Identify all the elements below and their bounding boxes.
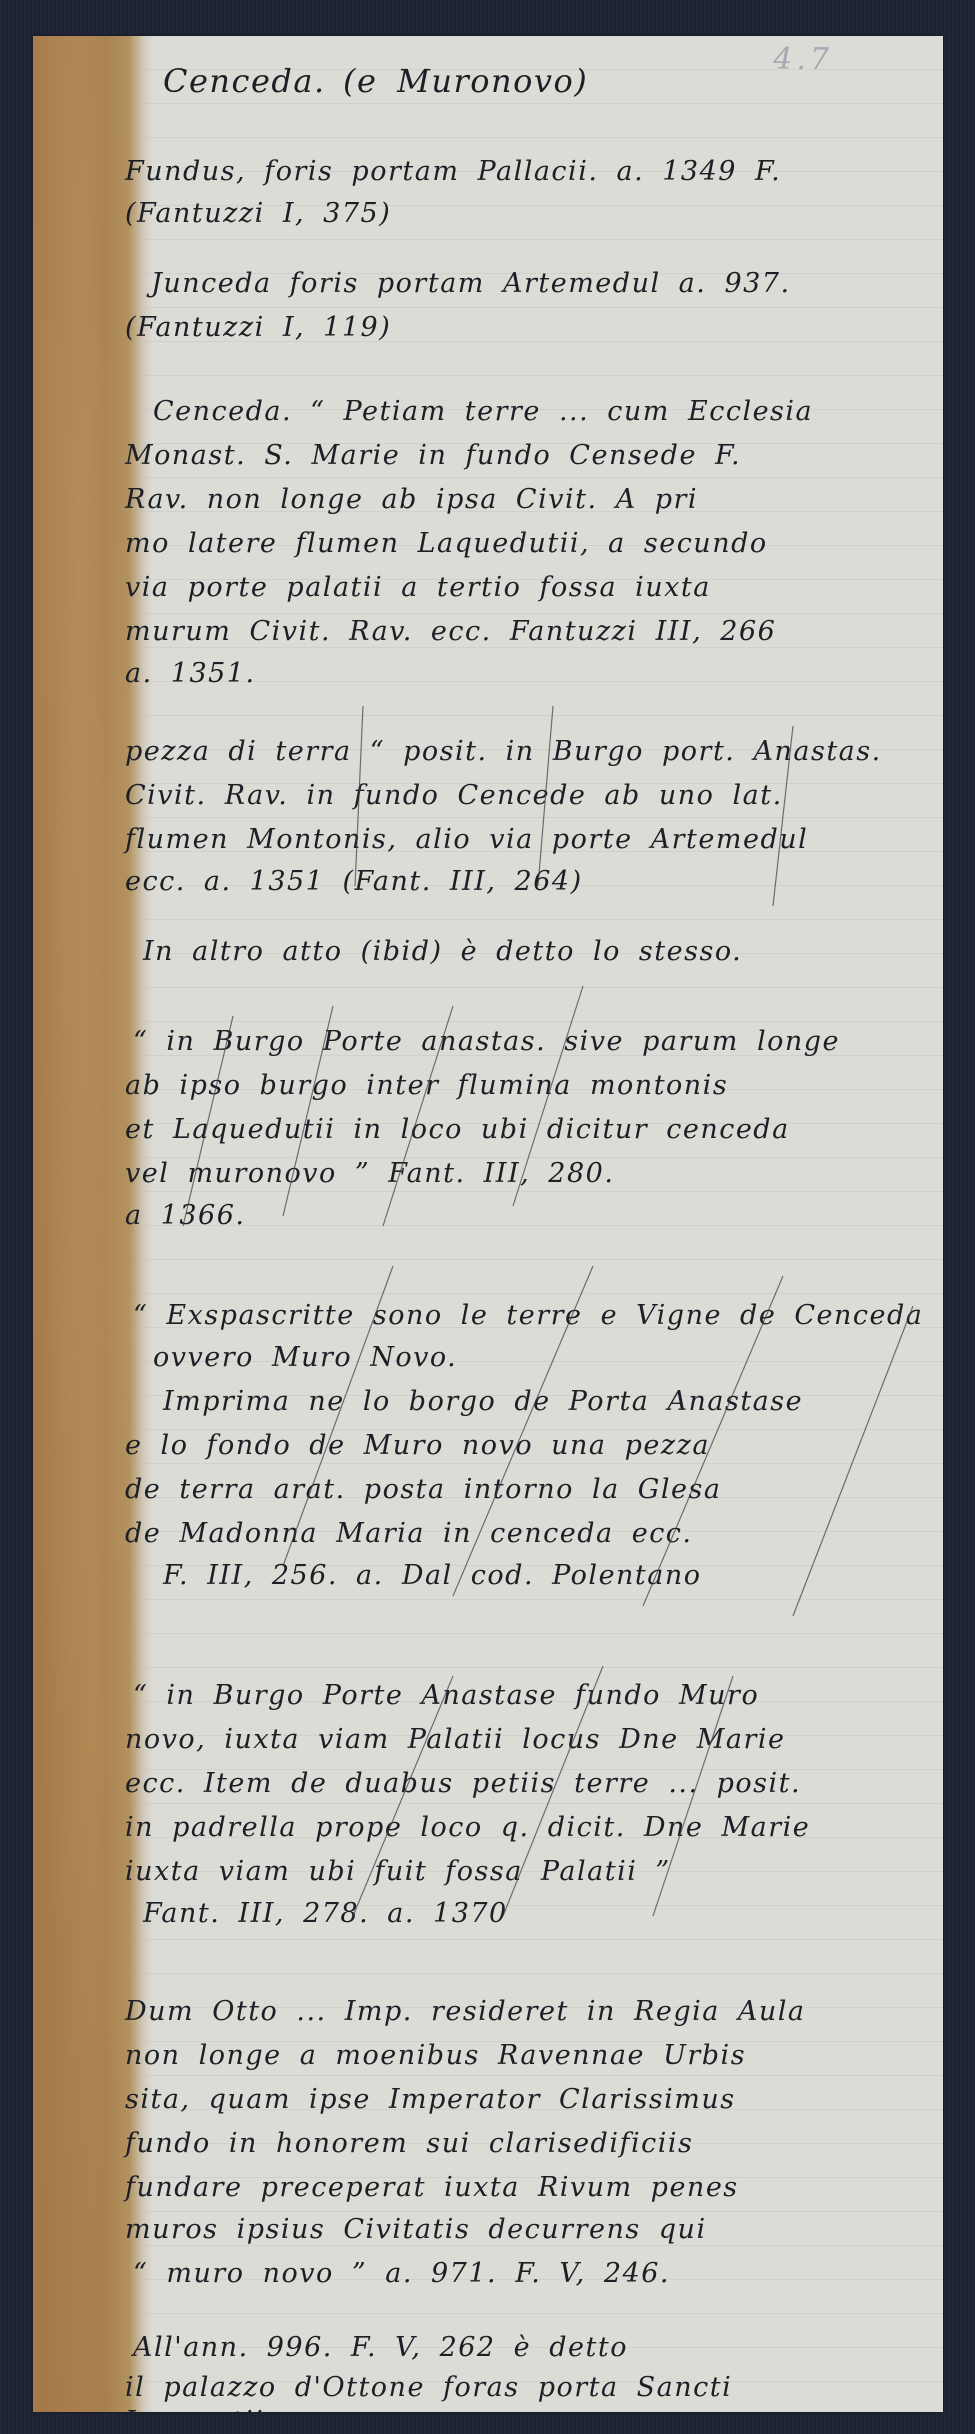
entry-7-line-1: “ Exspascritte sono le terre e Vigne de … [133,1300,923,1331]
entry-10-line-2: il palazzo d'Ottone foras porta Sancti [125,2372,732,2403]
entry-9-line-7: “ muro novo ” a. 971. F. V, 246. [133,2258,670,2289]
entry-6-line-4: vel muronovo ” Fant. III, 280. [125,1158,614,1189]
entry-3-line-4: mo latere flumen Laquedutii, a secundo [125,528,768,559]
entry-3-line-5: via porte palatii a tertio fossa iuxta [125,572,711,603]
entry-6-line-1: “ in Burgo Porte anastas. sive parum lon… [133,1026,840,1057]
entry-10-line-1: All'ann. 996. F. V, 262 è detto [133,2332,628,2363]
entry-9-line-5: fundare preceperat iuxta Rivum penes [125,2172,739,2203]
page-number: 4.7 [773,42,833,77]
entry-1-line-1: Fundus, foris portam Pallacii. a. 1349 F… [125,156,781,187]
manuscript-sheet: 4.7 Cenceda. (e Muronovo) Fundus, foris … [33,36,943,2412]
entry-9-line-3: sita, quam ipse Imperator Clarissimus [125,2084,736,2115]
entry-8-line-3: ecc. Item de duabus petiis terre ... pos… [125,1768,801,1799]
entry-4-line-2: Civit. Rav. in fundo Cencede ab uno lat. [125,780,783,811]
entry-10-line-3: Laurentii [125,2406,264,2412]
entry-7-line-4: e lo fondo de Muro novo una pezza [125,1430,710,1461]
entry-7-line-6: de Madonna Maria in cenceda ecc. [125,1518,693,1549]
entry-9-line-2: non longe a moenibus Ravennae Urbis [125,2040,746,2071]
entry-8-line-4: in padrella prope loco q. dicit. Dne Mar… [125,1812,810,1843]
entry-8-line-6: Fant. III, 278. a. 1370 [143,1898,508,1929]
entry-6-line-5: a 1366. [125,1200,245,1231]
entry-4-line-1: pezza di terra “ posit. in Burgo port. A… [125,736,882,767]
entry-7-line-7: F. III, 256. a. Dal cod. Polentano [163,1560,702,1591]
entry-7-line-3: Imprima ne lo borgo de Porta Anastase [163,1386,803,1417]
entry-7-line-2: ovvero Muro Novo. [153,1342,457,1373]
entry-8-line-1: “ in Burgo Porte Anastase fundo Muro [133,1680,759,1711]
heading-subtitle: (e Muronovo) [343,62,588,100]
entry-6-line-3: et Laquedutii in loco ubi dicitur cenced… [125,1114,790,1145]
heading-title: Cenceda. [163,62,326,100]
entry-3-line-3: Rav. non longe ab ipsa Civit. A pri [125,484,698,515]
entry-9-line-1: Dum Otto ... Imp. resideret in Regia Aul… [125,1996,806,2027]
entry-8-line-5: iuxta viam ubi fuit fossa Palatii ” [125,1856,671,1887]
entry-3-line-1: Cenceda. “ Petiam terre ... cum Ecclesia [153,396,813,427]
entry-9-line-4: fundo in honorem sui clarisedificiis [125,2128,693,2159]
entry-3-line-7: a. 1351. [125,658,256,689]
entry-9-line-6: muros ipsius Civitatis decurrens qui [125,2214,707,2245]
entry-2-line-2: (Fantuzzi I, 119) [125,312,391,343]
entry-7-line-5: de terra arat. posta intorno la Glesa [125,1474,721,1505]
entry-4-line-4: ecc. a. 1351 (Fant. III, 264) [125,866,583,897]
entry-1-line-2: (Fantuzzi I, 375) [125,198,391,229]
entry-6-line-2: ab ipso burgo inter flumina montonis [125,1070,728,1101]
entry-3-line-2: Monast. S. Marie in fundo Censede F. [125,440,741,471]
entry-2-line-1: Junceda foris portam Artemedul a. 937. [151,268,791,299]
entry-5-line-1: In altro atto (ibid) è detto lo stesso. [143,936,742,967]
entry-8-line-2: novo, iuxta viam Palatii locus Dne Marie [125,1724,785,1755]
entry-3-line-6: murum Civit. Rav. ecc. Fantuzzi III, 266 [125,616,776,647]
entry-4-line-3: flumen Montonis, alio via porte Artemedu… [125,824,808,855]
